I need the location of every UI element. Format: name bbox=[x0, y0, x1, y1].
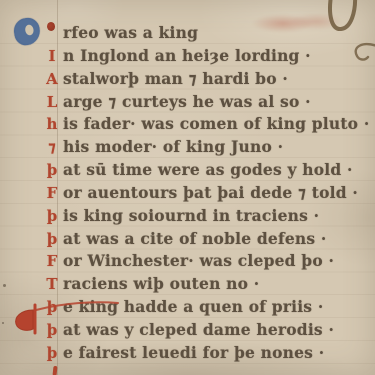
ink-speck bbox=[3, 284, 6, 287]
line-text: is king soiournd in traciens · bbox=[63, 204, 319, 228]
verse-line-11: F or Winchester· was cleped þo · bbox=[0, 250, 375, 273]
line-text: rfeo was a king bbox=[63, 22, 198, 46]
verse-line-2: I n Inglond an heiȝe lording · bbox=[0, 45, 375, 68]
verse-line-9: þ is king soiournd in traciens · bbox=[0, 205, 375, 228]
line-text: is fader· was comen of king pluto · bbox=[63, 113, 369, 137]
line-initial: þ bbox=[45, 342, 59, 365]
verse-line-7: þ at sū time were as godes y hold · bbox=[0, 159, 375, 182]
line-initial: þ bbox=[45, 205, 59, 228]
line-text: or auentours þat þai dede ⁊ told · bbox=[63, 181, 358, 205]
ink-speck bbox=[2, 322, 4, 324]
verse-line-6: ⁊ his moder· of king Juno · bbox=[0, 136, 375, 159]
line-initial: I bbox=[45, 45, 59, 68]
line-initial: F bbox=[45, 182, 59, 205]
line-initial: ⁊ bbox=[45, 136, 59, 159]
line-initial: L bbox=[45, 91, 59, 114]
verse-line-1: rfeo was a king bbox=[0, 22, 375, 45]
verse-line-5: h is fader· was comen of king pluto · bbox=[0, 113, 375, 136]
line-text: or Winchester· was cleped þo · bbox=[63, 250, 334, 274]
line-text: at sū time were as godes y hold · bbox=[63, 159, 353, 183]
verse-line-10: þ at was a cite of noble defens · bbox=[0, 228, 375, 251]
verse-line-12: T raciens wiþ outen no · bbox=[0, 273, 375, 296]
line-text: his moder· of king Juno · bbox=[63, 136, 283, 160]
line-initial: F bbox=[45, 250, 59, 273]
line-text: e fairest leuedi for þe nones · bbox=[63, 341, 324, 365]
line-text: arge ⁊ curteys he was al so · bbox=[63, 90, 311, 114]
paragraph-mark-icon bbox=[8, 296, 123, 338]
verse-line-4: L arge ⁊ curteys he was al so · bbox=[0, 91, 375, 114]
line-initial: þ bbox=[45, 228, 59, 251]
line-initial: T bbox=[45, 273, 59, 296]
line-initial: h bbox=[45, 113, 59, 136]
line-initial: A bbox=[45, 68, 59, 91]
line-initial: þ bbox=[45, 159, 59, 182]
line-text: raciens wiþ outen no · bbox=[63, 273, 259, 297]
manuscript-page: O rfeo was a king I n Inglond an heiȝe l… bbox=[0, 0, 375, 375]
line-text: n Inglond an heiȝe lording · bbox=[63, 44, 311, 68]
line-text: stalworþ man ⁊ hardi bo · bbox=[63, 67, 288, 91]
verse-line-3: A stalworþ man ⁊ hardi bo · bbox=[0, 68, 375, 91]
line-text: at was a cite of noble defens · bbox=[63, 227, 327, 251]
verse-line-15: þ e fairest leuedi for þe nones · bbox=[0, 342, 375, 365]
verse-line-8: F or auentours þat þai dede ⁊ told · bbox=[0, 182, 375, 205]
